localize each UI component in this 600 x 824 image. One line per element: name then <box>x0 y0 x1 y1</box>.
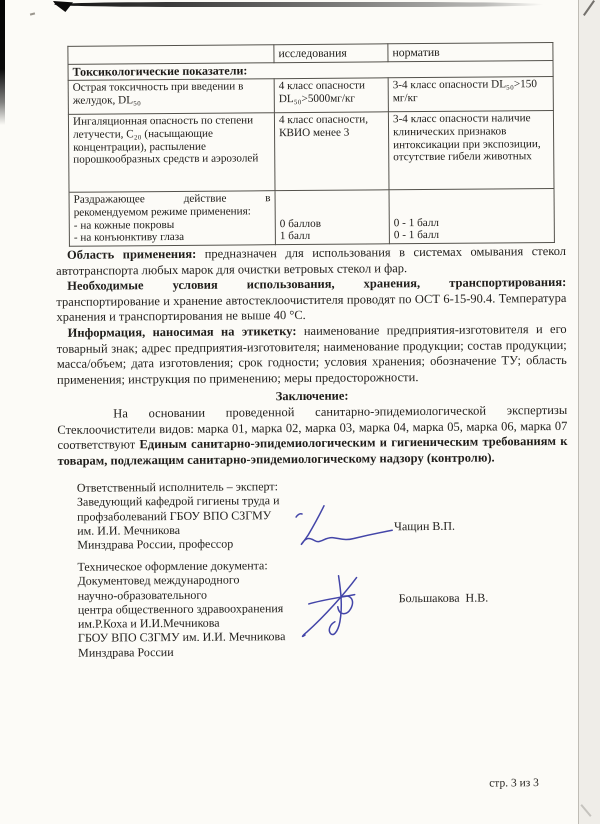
toxicology-table: исследования норматив Токсикологические … <box>67 42 555 247</box>
paragraph-storage-conditions: Необходимые условия использования, хране… <box>56 275 566 326</box>
label-information-label: Информация, наносимая на этикетку: <box>68 324 297 340</box>
table-row-inhalation-hazard: Ингаляционная опасность по степени летуч… <box>68 111 554 193</box>
application-area-label: Область применения: <box>67 247 196 262</box>
conclusion-paragraph: Стеклоочистители видов: марка 01, марка … <box>57 418 567 469</box>
signatory-name-chashchin: Чащин В.П. <box>394 519 455 534</box>
cell-param-inhalation-hazard: Ингаляционная опасность по степени летуч… <box>68 113 275 193</box>
paragraph-application-area: Область применения: предназначен для исп… <box>56 244 566 279</box>
signatory-block-expert: Ответственный исполнитель – эксперт:Заве… <box>77 479 318 552</box>
storage-conditions-text: транспортирование и хранение автостеклоо… <box>56 291 566 325</box>
table-row-acute-toxicity: Острая токсичность при введении в желудо… <box>68 77 553 115</box>
paragraph-label-information: Информация, наносимая на этикетку: наиме… <box>57 322 567 388</box>
cell-norm-irritant-action: 0 - 1 балл0 - 1 балл <box>389 188 554 243</box>
document-page: исследования норматив Токсикологические … <box>0 0 600 824</box>
table-header-norm: норматив <box>388 43 553 62</box>
irritant-action-text: Раздражающее действие в рекомендуемом ре… <box>74 192 271 219</box>
cell-research-acute-toxicity: 4 класс опасности DL₅₀>5000мг/кг <box>274 78 388 113</box>
cell-norm-acute-toxicity: 3-4 класс опасности DL₅₀>150 мг/кг <box>388 77 553 112</box>
table-header-blank <box>68 45 274 65</box>
signatory-block-clerk: Техническое оформление документа:Докумен… <box>77 558 318 660</box>
cell-research-inhalation-hazard: 4 класс опасности, КВИО менее 3 <box>274 112 389 191</box>
irritant-action-bullets: - на кожные покровы- на конъюнктиву глаз… <box>74 218 271 245</box>
cell-research-irritant-action: 0 баллов1 балл <box>275 190 389 245</box>
page-number: стр. 3 из 3 <box>489 777 539 789</box>
signature-ink-chashchin <box>284 499 399 555</box>
table-header-research: исследования <box>274 44 388 63</box>
signatory-name-bolshakova: Большакова Н.В. <box>399 591 489 607</box>
signature-ink-bolshakova <box>295 571 381 647</box>
cell-param-acute-toxicity: Острая токсичность при введении в желудо… <box>68 79 274 115</box>
cell-norm-inhalation-hazard: 3-4 класс опасности наличие клинических … <box>388 111 554 190</box>
cell-param-irritant-action: Раздражающее действие в рекомендуемом ре… <box>69 191 275 247</box>
body-text: Область применения: предназначен для исп… <box>56 244 568 469</box>
table-row-irritant-action: Раздражающее действие в рекомендуемом ре… <box>69 188 554 246</box>
